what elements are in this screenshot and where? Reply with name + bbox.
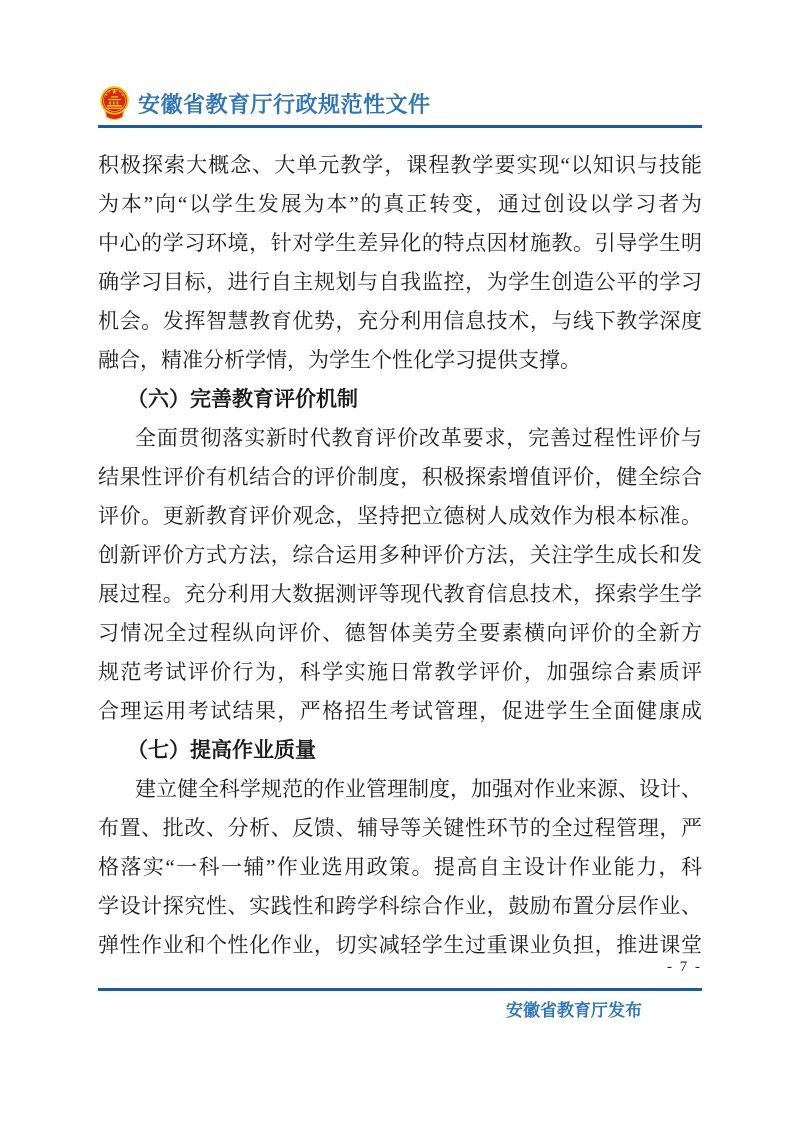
body-line: 规范考试评价行为，科学实施日常教学评价，加强综合素质评价，: [98, 653, 702, 692]
publisher-label: 安徽省教育厅发布: [98, 996, 642, 1021]
body-line: 合理运用考试结果，严格招生考试管理，促进学生全面健康成长。: [98, 692, 702, 731]
header-row: 安徽省教育厅行政规范性文件: [98, 84, 702, 122]
body-line: 为本”向“以学生发展为本”的真正转变，通过创设以学习者为: [98, 185, 702, 224]
document-page: 安徽省教育厅行政规范性文件 积极探索大概念、大单元教学，课程教学要实现“以知识与…: [0, 0, 793, 1122]
national-emblem-icon: [98, 85, 131, 122]
body-line: 习情况全过程纵向评价、德智体美劳全要素横向评价的全新方式。: [98, 614, 702, 653]
section-heading: （七）提高作业质量: [98, 731, 702, 770]
body-line: 确学习目标，进行自主规划与自我监控，为学生创造公平的学习: [98, 263, 702, 302]
body-line: 全面贯彻落实新时代教育评价改革要求，完善过程性评价与: [98, 419, 702, 458]
document-header: 安徽省教育厅行政规范性文件: [98, 84, 702, 128]
body-line: 中心的学习环境，针对学生差异化的特点因材施教。引导学生明: [98, 224, 702, 263]
body-line: 创新评价方式方法，综合运用多种评价方法，关注学生成长和发: [98, 536, 702, 575]
body-line: 结果性评价有机结合的评价制度，积极探索增值评价，健全综合: [98, 458, 702, 497]
document-body: 积极探索大概念、大单元教学，课程教学要实现“以知识与技能 为本”向“以学生发展为…: [98, 146, 702, 965]
page-number: - 7 -: [98, 959, 702, 976]
body-line: 建立健全科学规范的作业管理制度，加强对作业来源、设计、: [98, 770, 702, 809]
body-line: 展过程。充分利用大数据测评等现代教育信息技术，探索学生学: [98, 575, 702, 614]
footer-rule: [98, 988, 702, 991]
section-heading: （六）完善教育评价机制: [98, 380, 702, 419]
body-line: 积极探索大概念、大单元教学，课程教学要实现“以知识与技能: [98, 146, 702, 185]
body-line: 学设计探究性、实践性和跨学科综合作业，鼓励布置分层作业、: [98, 887, 702, 926]
body-line: 格落实“一科一辅”作业选用政策。提高自主设计作业能力，科: [98, 848, 702, 887]
body-line: 评价。更新教育评价观念，坚持把立德树人成效作为根本标准。: [98, 497, 702, 536]
body-line: 融合，精准分析学情，为学生个性化学习提供支撑。: [98, 341, 702, 380]
body-line: 机会。发挥智慧教育优势，充分利用信息技术，与线下教学深度: [98, 302, 702, 341]
header-rule: [98, 125, 702, 128]
document-title: 安徽省教育厅行政规范性文件: [138, 88, 431, 119]
body-line: 布置、批改、分析、反馈、辅导等关键性环节的全过程管理，严: [98, 809, 702, 848]
